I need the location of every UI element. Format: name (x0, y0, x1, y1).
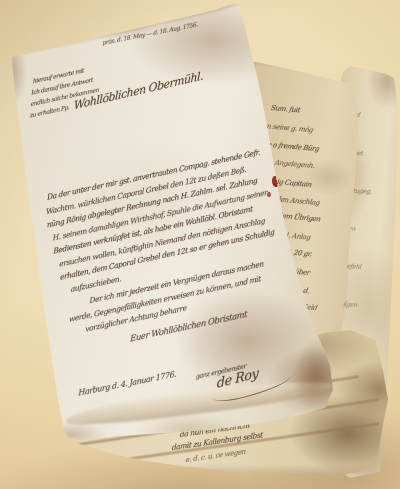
page-number: 2o. (304, 66, 315, 75)
handwriting-line: an seine g. mög (262, 122, 314, 134)
handwriting-line: Sum. fuit (270, 104, 301, 114)
filing-annotation: präs. d. 18. May — d. 18. Aug. 1756. (102, 21, 198, 47)
dateline: Harburg d. 4. Januar 1776. (78, 369, 176, 397)
photograph-of-manuscript-pile: so beid begegnet mit zugeg. nit jen befe… (0, 0, 400, 489)
